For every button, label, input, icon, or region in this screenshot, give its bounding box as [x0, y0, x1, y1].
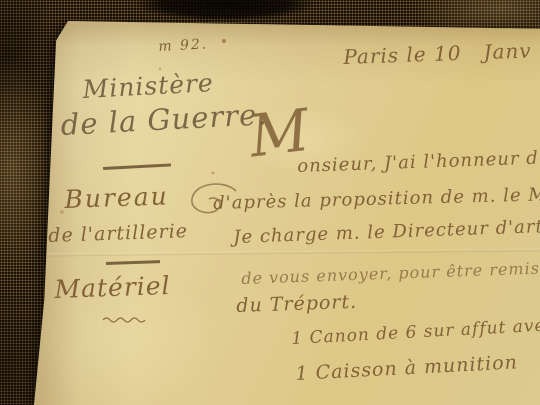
body-line: du Tréport.	[236, 292, 357, 317]
office-bureau: Bureau	[64, 182, 169, 213]
body-line: d'après la proposition de m. le Mi	[213, 185, 540, 214]
office-bureau-2: de l'artillerie	[48, 221, 188, 247]
body-line: de vous envoyer, pour être remis	[241, 260, 540, 288]
bureau-underline	[106, 260, 160, 264]
paper-shadow: m 92. Paris le 10 Janv Ministère de la G…	[0, 0, 540, 405]
photo-of-letter: m 92. Paris le 10 Janv Ministère de la G…	[0, 0, 540, 405]
doc-number: m 92.	[158, 37, 209, 55]
squiggle-underline	[102, 315, 152, 324]
dateline: Paris le 10 Janv	[343, 39, 532, 68]
salutation-line: onsieur, J'ai l'honneur d'a	[297, 148, 540, 177]
item-line: 1 Canon de 6 sur affut avec	[291, 316, 540, 349]
letterhead-ministry: Ministère	[82, 69, 214, 103]
item-line: 1 Caisson à munition	[295, 352, 518, 385]
paper-crease	[38, 248, 540, 256]
letterhead-underline	[103, 163, 171, 170]
body-line: Je charge m. le Directeur d'art	[233, 217, 540, 248]
office-section: Matériel	[54, 272, 171, 304]
letterhead-ministry-2: de la Guerre.	[60, 99, 268, 142]
letter-paper: m 92. Paris le 10 Janv Ministère de la G…	[0, 0, 540, 405]
